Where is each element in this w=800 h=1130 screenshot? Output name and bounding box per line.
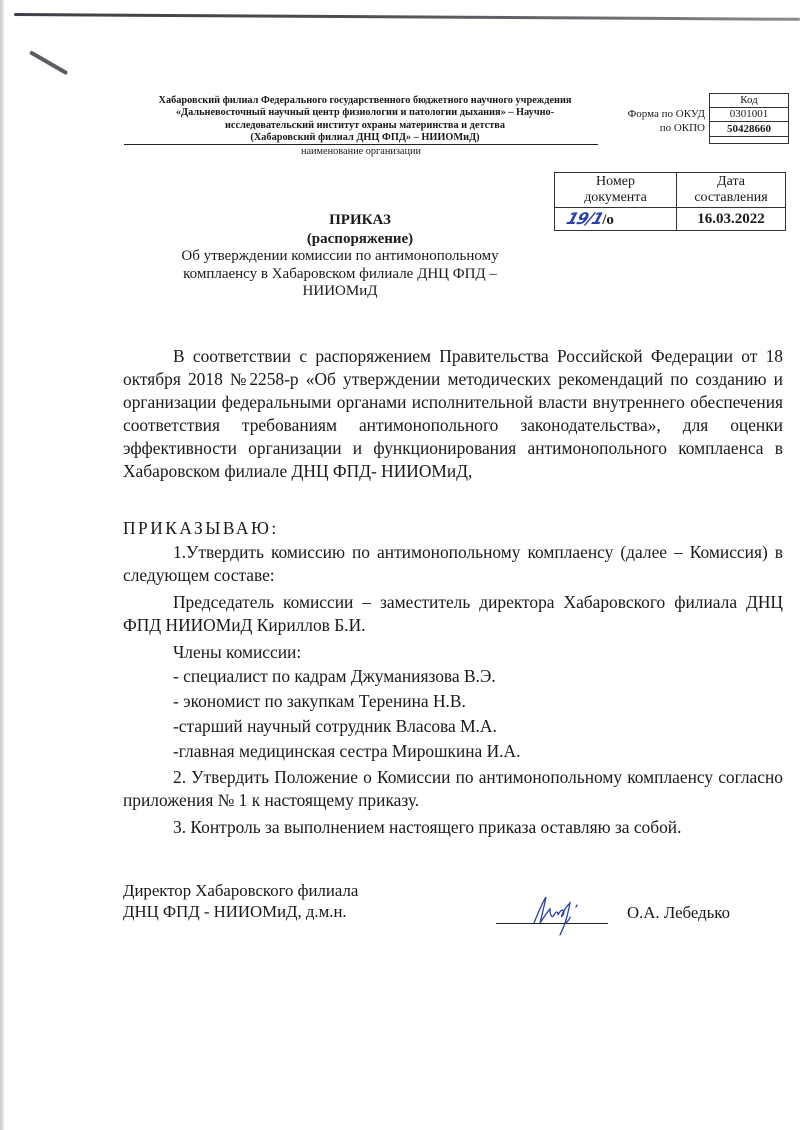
- signatory-name: О.А. Лебедько: [627, 903, 730, 923]
- item-3: 3. Контроль за выполнением настоящего пр…: [123, 816, 783, 839]
- org-line: «Дальневосточный научный центр физиологи…: [132, 107, 598, 119]
- doc-date-header: Дата составления: [677, 173, 786, 208]
- scan-edge-left: [0, 0, 4, 1130]
- code-table-spacer: [710, 137, 789, 144]
- doc-number-header-line1: Номер: [559, 174, 672, 190]
- order-items: 1.Утвердить комиссию по антимонопольному…: [123, 541, 783, 843]
- org-line: (Хабаровский филиал ДНЦ ФПД» – НИИОМиД): [132, 132, 598, 144]
- title-desc-line: Об утверждении комиссии по антимонопольн…: [150, 248, 530, 266]
- doc-number-value: 19/1/о: [555, 208, 677, 231]
- code-table: Код 0301001 50428660: [709, 93, 789, 144]
- member-item: -главная медицинская сестра Мирошкина И.…: [123, 739, 783, 764]
- title-sub: (распоряжение): [190, 230, 530, 248]
- item-1: 1.Утвердить комиссию по антимонопольному…: [123, 541, 783, 587]
- handwritten-number: 19/1: [564, 211, 604, 227]
- org-line: Хабаровский филиал Федерального государс…: [132, 95, 598, 107]
- scan-artifact-mark: [29, 50, 68, 75]
- doc-number-suffix: /о: [602, 212, 614, 228]
- org-caption: наименование организации: [124, 146, 598, 157]
- code-header: Код: [710, 94, 789, 108]
- title-desc-line: комплаенсу в Хабаровском филиале ДНЦ ФПД…: [150, 266, 530, 284]
- preamble: В соответствии с распоряжением Правитель…: [123, 345, 783, 483]
- doc-date-value: 16.03.2022: [677, 208, 786, 231]
- handwritten-signature-icon: [530, 893, 590, 938]
- members-list: - специалист по кадрам Джуманиязова В.Э.…: [123, 664, 783, 764]
- document-number-date-table: Номер документа Дата составления 19/1/о …: [554, 172, 786, 231]
- okud-value: 0301001: [710, 108, 789, 122]
- organization-name: Хабаровский филиал Федерального государс…: [132, 95, 598, 145]
- okpo-label: по ОКПО: [590, 121, 705, 135]
- doc-date-header-line1: Дата: [681, 174, 781, 190]
- okud-label: Форма по ОКУД: [590, 107, 705, 121]
- doc-number-header: Номер документа: [555, 173, 677, 208]
- doc-date-header-line2: составления: [681, 190, 781, 206]
- item-2: 2. Утвердить Положение о Комиссии по ант…: [123, 766, 783, 812]
- title-desc-line: НИИОМиД: [150, 283, 530, 301]
- title-main: ПРИКАЗ: [190, 211, 530, 230]
- document-title: ПРИКАЗ (распоряжение) Об утверждении ком…: [150, 211, 530, 301]
- member-item: -старший научный сотрудник Власова М.А.: [123, 714, 783, 739]
- preamble-text: В соответствии с распоряжением Правитель…: [123, 345, 783, 483]
- scan-edge-top: [14, 13, 800, 21]
- members-heading: Члены комиссии:: [123, 641, 783, 664]
- signatory-title-line1: Директор Хабаровского филиала: [123, 881, 358, 902]
- org-line: исследовательский институт охраны матери…: [132, 120, 598, 132]
- signatory-title-line2: ДНЦ ФПД - НИИОМиД, д.м.н.: [123, 902, 358, 923]
- member-item: - экономист по закупкам Теренина Н.В.: [123, 689, 783, 714]
- okpo-value: 50428660: [710, 122, 789, 137]
- member-item: - специалист по кадрам Джуманиязова В.Э.: [123, 664, 783, 689]
- order-heading: ПРИКАЗЫВАЮ:: [123, 518, 279, 539]
- commission-chair: Председатель комиссии – заместитель дире…: [123, 591, 783, 637]
- form-code-labels: Форма по ОКУД по ОКПО: [590, 107, 705, 135]
- doc-number-header-line2: документа: [559, 190, 672, 206]
- org-underline: [124, 144, 598, 145]
- signatory-title: Директор Хабаровского филиала ДНЦ ФПД - …: [123, 881, 358, 922]
